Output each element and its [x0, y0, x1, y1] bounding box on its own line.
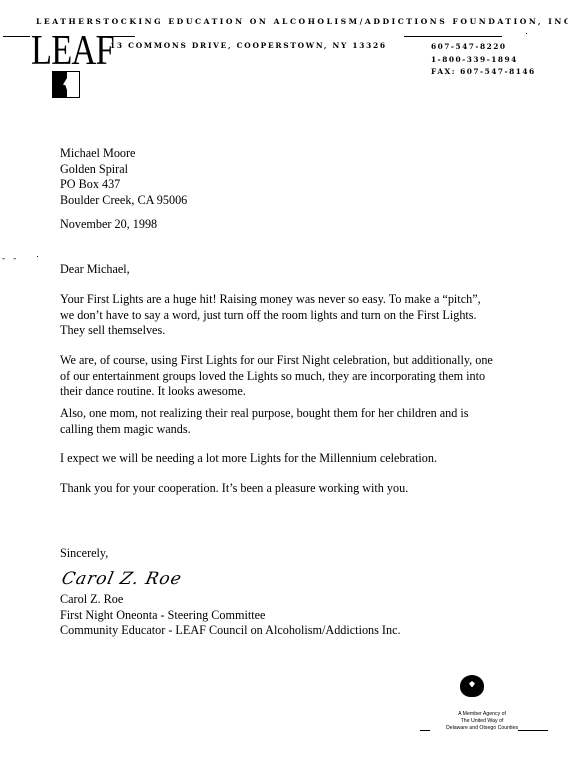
- recipient-name: Michael Moore: [60, 146, 187, 162]
- body-line: of our entertainment groups loved the Li…: [60, 369, 493, 385]
- body-line: They sell themselves.: [60, 323, 481, 339]
- scan-speck: [37, 256, 38, 257]
- body-line: Your First Lights are a huge hit! Raisin…: [60, 292, 481, 308]
- phone-main: 607-547-8220: [431, 41, 536, 54]
- signer-title-2: Community Educator - LEAF Council on Alc…: [60, 623, 401, 639]
- body-line: Thank you for your cooperation. It’s bee…: [60, 481, 408, 497]
- leaf-logo-text: LEAF: [31, 30, 114, 72]
- recipient-address: Michael Moore Golden Spiral PO Box 437 B…: [60, 146, 187, 208]
- body-line: We are, of course, using First Lights fo…: [60, 353, 493, 369]
- closing: Sincerely,: [60, 546, 108, 562]
- united-way-logo-icon: [460, 675, 484, 697]
- handwritten-signature: Carol Z. Roe: [60, 569, 184, 589]
- body-line: calling them magic wands.: [60, 422, 469, 438]
- leaf-logo-icon: [52, 71, 80, 98]
- body-line: we don’t have to say a word, just turn o…: [60, 308, 481, 324]
- body-paragraph: I expect we will be needing a lot more L…: [60, 451, 437, 467]
- scan-speck: [526, 33, 527, 34]
- organization-address: 13 COMMONS DRIVE, COOPERSTOWN, NY 13326: [110, 41, 387, 50]
- signer-title-1: First Night Oneonta - Steering Committee: [60, 608, 401, 624]
- organization-name: LEATHERSTOCKING EDUCATION ON ALCOHOLISM/…: [36, 17, 568, 26]
- body-line: Also, one mom, not realizing their real …: [60, 406, 469, 422]
- footer-line: The United Way of: [432, 718, 532, 725]
- letter-date: November 20, 1998: [60, 217, 157, 233]
- body-paragraph: Also, one mom, not realizing their real …: [60, 406, 469, 437]
- salutation: Dear Michael,: [60, 262, 130, 278]
- footer-line: Delaware and Otsego Counties: [432, 725, 532, 732]
- footer-line: A Member Agency of: [432, 711, 532, 718]
- footer-rule-left: [420, 730, 430, 731]
- contact-numbers: 607-547-8220 1-800-339-1894 FAX: 607-547…: [431, 41, 536, 79]
- header-rule-right: [404, 36, 502, 37]
- signer-block: Carol Z. Roe First Night Oneonta - Steer…: [60, 592, 401, 639]
- body-line: I expect we will be needing a lot more L…: [60, 451, 437, 467]
- united-way-membership: A Member Agency of The United Way of Del…: [432, 711, 532, 732]
- recipient-po-box: PO Box 437: [60, 177, 187, 193]
- signer-name: Carol Z. Roe: [60, 592, 401, 608]
- footer-rule-right: [518, 730, 548, 731]
- recipient-city: Boulder Creek, CA 95006: [60, 193, 187, 209]
- phone-tollfree: 1-800-339-1894: [431, 54, 536, 67]
- body-paragraph: Thank you for your cooperation. It’s bee…: [60, 481, 408, 497]
- body-paragraph: We are, of course, using First Lights fo…: [60, 353, 493, 400]
- body-line: their dance routine. It looks awesome.: [60, 384, 493, 400]
- body-paragraph: Your First Lights are a huge hit! Raisin…: [60, 292, 481, 339]
- hand-icon: [469, 681, 475, 687]
- fax-number: FAX: 607-547-8146: [431, 66, 536, 79]
- header-rule-left: [3, 36, 30, 37]
- recipient-company: Golden Spiral: [60, 162, 187, 178]
- margin-mark: - -: [2, 253, 19, 263]
